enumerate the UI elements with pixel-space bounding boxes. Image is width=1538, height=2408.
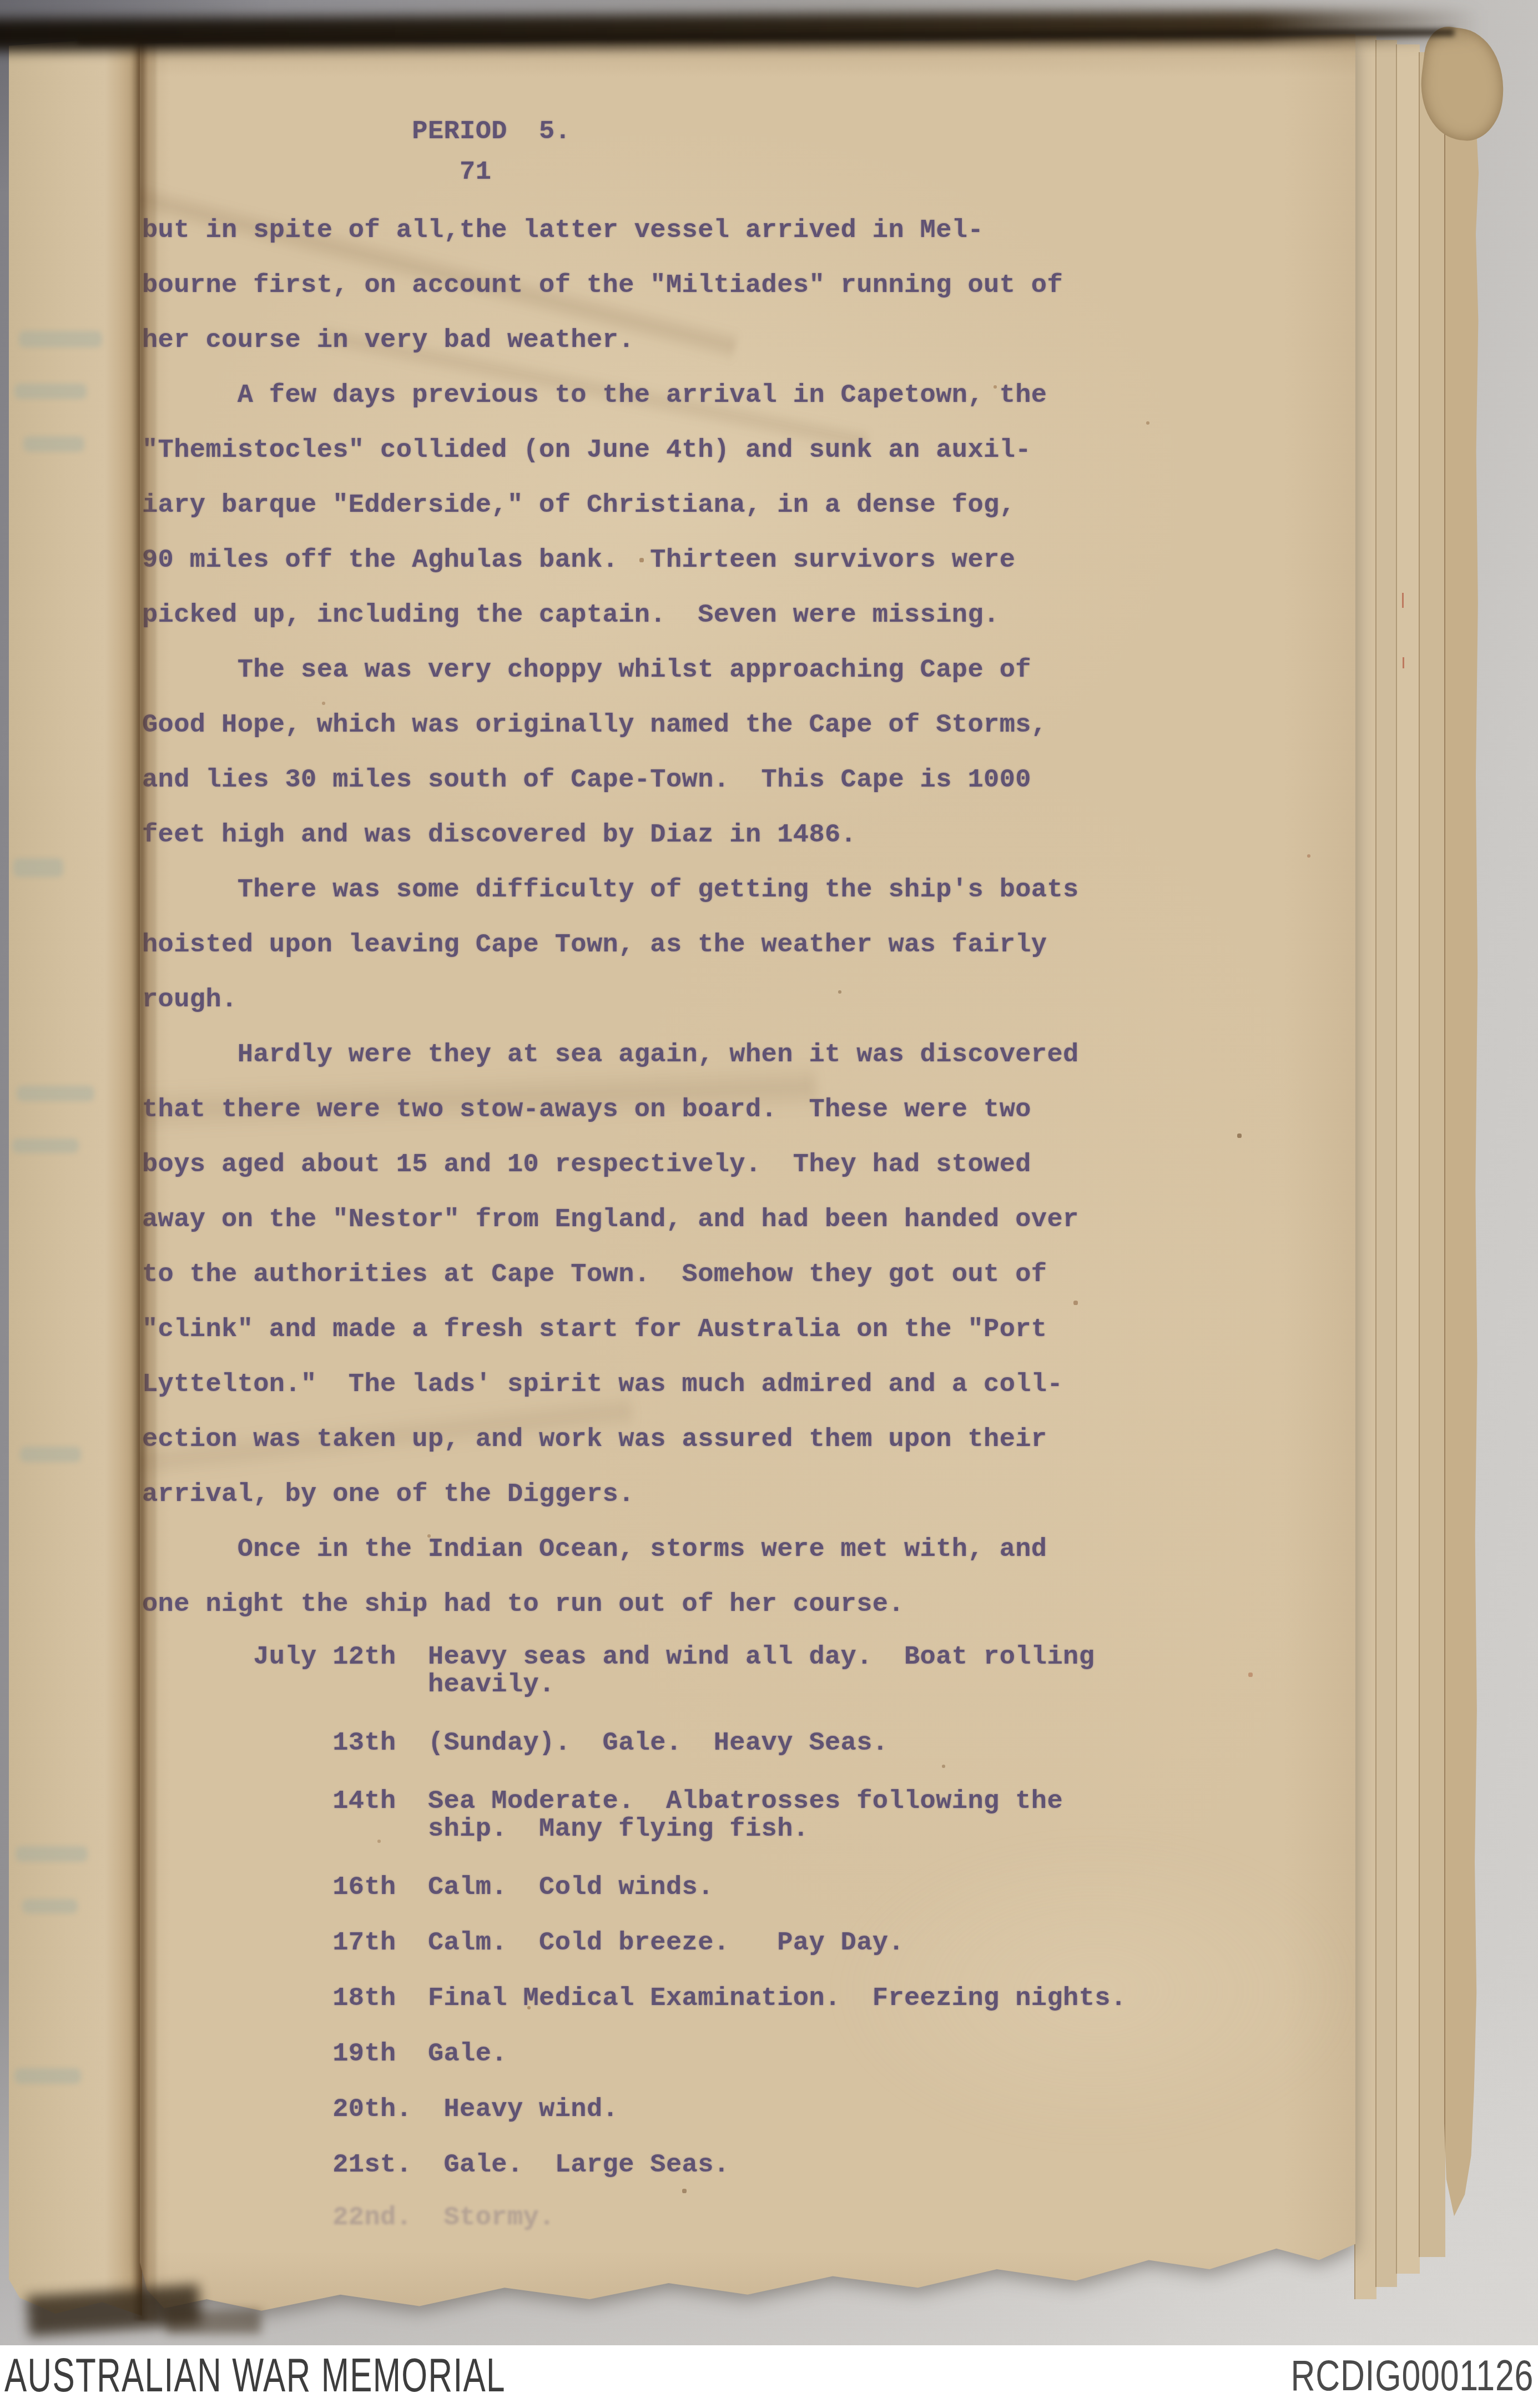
typed-line: 17th Calm. Cold breeze. Pay Day. <box>142 1930 1197 1986</box>
typed-line: hoisted upon leaving Cape Town, as the w… <box>142 932 1197 987</box>
typed-line: away on the "Nestor" from England, and h… <box>142 1207 1197 1262</box>
archive-name-label: AUSTRALIAN WAR MEMORIAL <box>4 2351 506 2399</box>
typed-line: picked up, including the captain. Seven … <box>142 602 1197 657</box>
red-edge-mark <box>1403 657 1404 668</box>
typed-line: ection was taken up, and work was assure… <box>142 1427 1197 1482</box>
page-stack-torn-edge <box>1444 60 1480 2231</box>
page-number: 71 <box>142 159 1197 218</box>
typed-line: "clink" and made a fresh start for Austr… <box>142 1317 1197 1372</box>
typed-line: 90 miles off the Aghulas bank. Thirteen … <box>142 547 1197 602</box>
typed-text-block: PERIOD 5. 71but in spite of all,the latt… <box>142 119 1197 2258</box>
typed-line: that there were two stow-aways on board.… <box>142 1097 1197 1152</box>
torn-bottom-fibers <box>167 2310 261 2334</box>
typed-line: Lyttelton." The lads' spirit was much ad… <box>142 1372 1197 1427</box>
typed-line: iary barque "Edderside," of Christiana, … <box>142 492 1197 547</box>
typed-line: "Themistocles" collided (on June 4th) an… <box>142 437 1197 492</box>
ink-bleedthrough <box>14 384 87 399</box>
typed-line: 20th. Heavy wind. <box>142 2097 1197 2152</box>
typed-line: There was some difficulty of getting the… <box>142 877 1197 932</box>
typed-line: 22nd. Stormy. <box>142 2205 1197 2258</box>
typed-line: 16th Calm. Cold winds. <box>142 1875 1197 1930</box>
ink-bleedthrough <box>16 1846 88 1862</box>
archive-footer-bar: AUSTRALIAN WAR MEMORIAL RCDIG0001126 <box>0 2345 1538 2408</box>
typed-line: A few days previous to the arrival in Ca… <box>142 382 1197 437</box>
typed-line: rough. <box>142 987 1197 1042</box>
red-edge-mark <box>1402 593 1404 608</box>
typed-line: feet high and was discovered by Diaz in … <box>142 822 1197 877</box>
typed-line: bourne first, on account of the "Miltiad… <box>142 273 1197 328</box>
ink-bleedthrough <box>12 1138 79 1153</box>
typed-line: 13th (Sunday). Gale. Heavy Seas. <box>142 1730 1197 1789</box>
typed-line: Good Hope, which was originally named th… <box>142 712 1197 767</box>
period-heading: PERIOD 5. <box>142 119 1197 159</box>
page-stack-edge <box>1375 40 1397 2287</box>
ink-bleedthrough <box>22 1899 78 1913</box>
typed-line: her course in very bad weather. <box>142 328 1197 382</box>
typed-line: arrival, by one of the Diggers. <box>142 1482 1197 1537</box>
ink-bleedthrough <box>23 436 84 452</box>
typed-line: ship. Many flying fish. <box>142 1816 1197 1875</box>
page-stack-edge <box>1396 44 1420 2274</box>
page-stack-edge <box>1419 52 1445 2257</box>
typed-line: 14th Sea Moderate. Albatrosses following… <box>142 1789 1197 1816</box>
typed-line: Hardly were they at sea again, when it w… <box>142 1042 1197 1097</box>
ink-bleedthrough <box>17 1086 94 1101</box>
typed-line: and lies 30 miles south of Cape-Town. Th… <box>142 767 1197 822</box>
scanned-document-page: PERIOD 5. 71but in spite of all,the latt… <box>0 0 1538 2408</box>
typed-line: boys aged about 15 and 10 respectively. … <box>142 1152 1197 1207</box>
record-id-label: RCDIG0001126 <box>1290 2354 1534 2397</box>
typed-line: 18th Final Medical Examination. Freezing… <box>142 1986 1197 2041</box>
typed-line: but in spite of all,the latter vessel ar… <box>142 218 1197 273</box>
typed-line: Once in the Indian Ocean, storms were me… <box>142 1537 1197 1591</box>
typed-line: 19th Gale. <box>142 2041 1197 2097</box>
ink-bleedthrough <box>20 1447 81 1462</box>
ink-bleedthrough <box>19 331 102 347</box>
typed-line: July 12th Heavy seas and wind all day. B… <box>142 1644 1197 1672</box>
previous-page-edge <box>9 37 142 2316</box>
ink-bleedthrough <box>13 858 63 877</box>
typed-line: The sea was very choppy whilst approachi… <box>142 657 1197 712</box>
page-stack-edge <box>1354 36 1376 2299</box>
typed-line: 21st. Gale. Large Seas. <box>142 2152 1197 2205</box>
typed-line: one night the ship had to run out of her… <box>142 1591 1197 1644</box>
typed-line: to the authorities at Cape Town. Somehow… <box>142 1262 1197 1317</box>
ink-bleedthrough <box>14 2068 81 2084</box>
typed-line: heavily. <box>142 1672 1197 1730</box>
book-gutter-fold <box>131 33 157 2320</box>
